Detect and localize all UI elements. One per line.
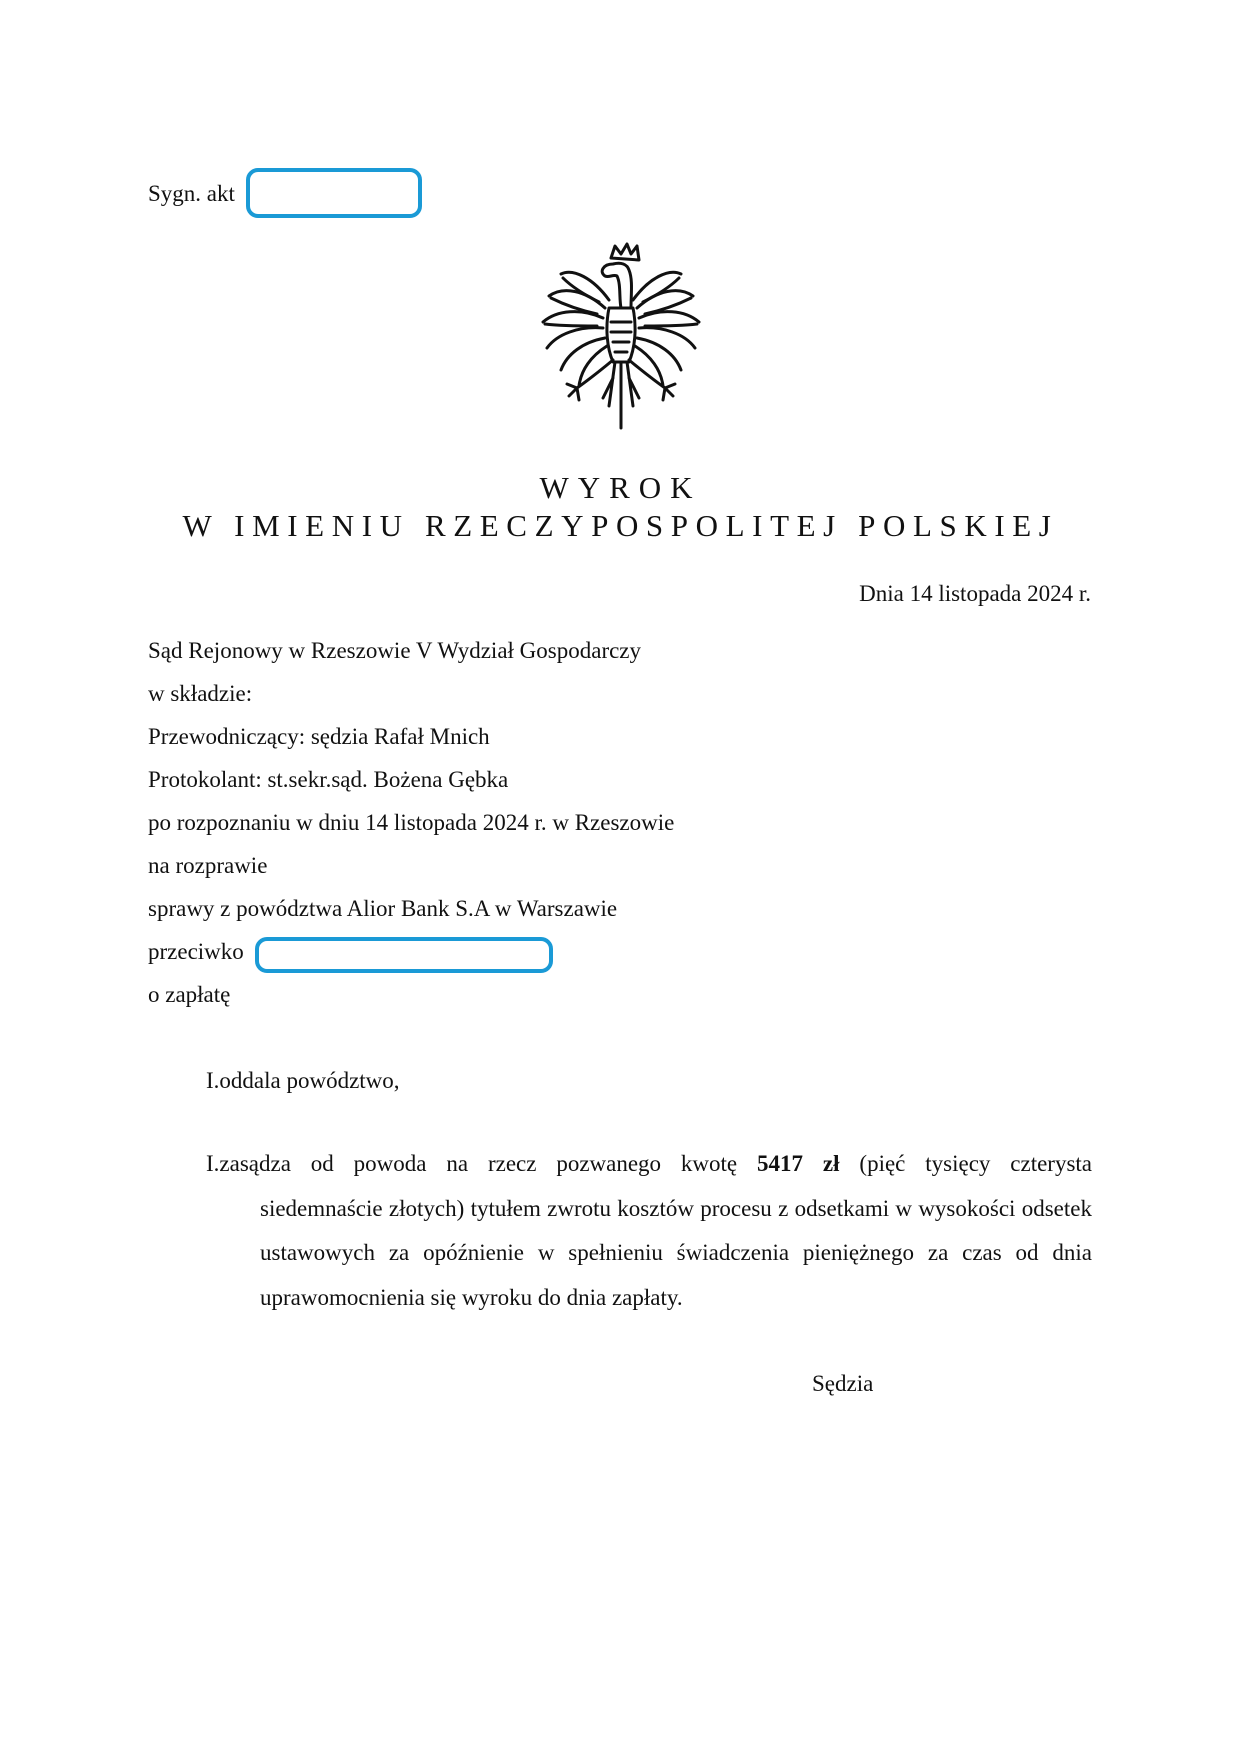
verdict-point-2: I.zasądza od powoda na rzecz pozwanego k… [206,1142,1092,1320]
document-subtitle: W IMIENIU RZECZYPOSPOLITEJ POLSKIEJ [0,508,1241,544]
court-line: Protokolant: st.sekr.sąd. Bożena Gębka [148,766,508,794]
case-ref-label: Sygn. akt [148,180,235,208]
verdict-point-2-prefix: I.zasądza od powoda na rzecz pozwanego k… [206,1151,737,1176]
court-line: w składzie: [148,680,252,708]
court-line: po rozpoznaniu w dniu 14 listopada 2024 … [148,809,674,837]
judge-signature-label: Sędzia [812,1370,873,1398]
redacted-defendant-name [255,937,553,973]
court-line: Sąd Rejonowy w Rzeszowie V Wydział Gospo… [148,637,641,665]
court-line: na rozprawie [148,852,267,880]
judgment-date: Dnia 14 listopada 2024 r. [859,580,1091,608]
verdict-point-1: I.oddala powództwo, [206,1067,400,1095]
polish-eagle-emblem-icon [533,238,708,433]
court-line: sprawy z powództwa Alior Bank S.A w Wars… [148,895,617,923]
case-subject: o zapłatę [148,981,230,1009]
awarded-amount: 5417 zł [757,1151,839,1176]
verdict-point-2-continuation: siedemnaście złotych) tytułem zwrotu kos… [206,1187,1092,1321]
court-line: Przewodniczący: sędzia Rafał Mnich [148,723,490,751]
against-label: przeciwko [148,938,244,966]
redacted-case-number [246,168,422,218]
document-title: WYROK [0,470,1241,506]
verdict-point-2-amount-words: (pięć tysięcy czterysta [859,1151,1092,1176]
